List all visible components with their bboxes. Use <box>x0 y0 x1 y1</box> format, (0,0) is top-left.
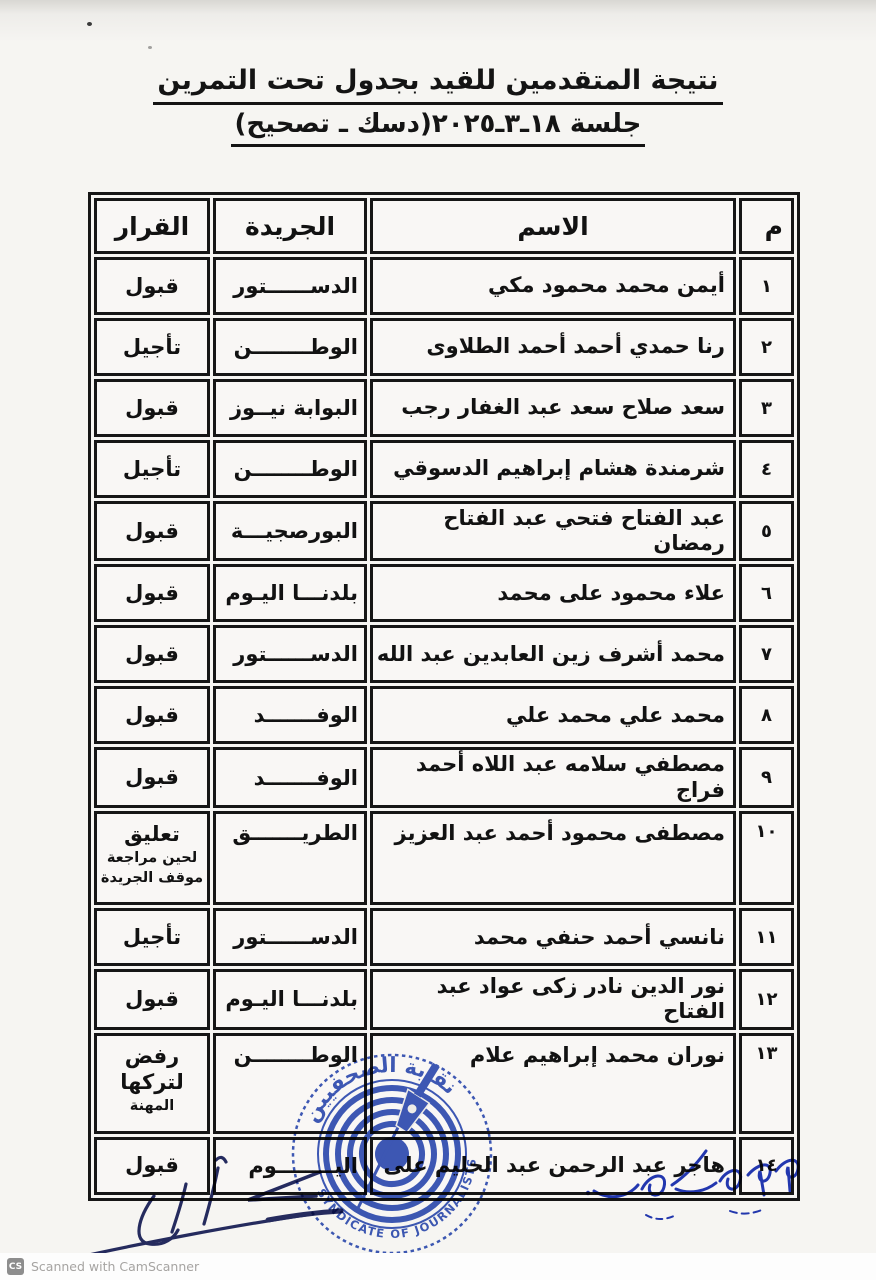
cell-index: ١١ <box>739 908 794 966</box>
cell-name: نانسي أحمد حنفي محمد <box>370 908 736 966</box>
cell-name: محمد أشرف زين العابدين عبد الله <box>370 625 736 683</box>
header-name: الاسم <box>370 198 736 254</box>
cell-newspaper: الدســــــتور <box>213 257 367 315</box>
camscanner-icon: CS <box>7 1258 24 1275</box>
cell-name: محمد علي محمد علي <box>370 686 736 744</box>
table-row: ١٣ نوران محمد إبراهيم علام الوطــــــــن… <box>94 1033 794 1134</box>
table-row: ١٤ هاجر عبد الرحمن عبد الحليم على اليـــ… <box>94 1137 794 1195</box>
title-line-2: جلسة ١٨ـ٣ـ٢٠٢٥(دسك ـ تصحيح) <box>231 108 646 148</box>
table-row: ١٠ مصطفى محمود أحمد عبد العزيز الطريــــ… <box>94 811 794 905</box>
decision-main: تأجيل <box>123 457 181 481</box>
table-row: ١١ نانسي أحمد حنفي محمد الدســــــتور تأ… <box>94 908 794 966</box>
decision-main: قبول <box>125 642 179 666</box>
header-index: م <box>739 198 794 254</box>
decision-main: قبول <box>125 703 179 727</box>
table-row: ٦ علاء محمود على محمد بلدنـــا اليـوم قب… <box>94 564 794 622</box>
cell-decision: رفض لتركهاالمهنة <box>94 1033 210 1134</box>
cell-name: نوران محمد إبراهيم علام <box>370 1033 736 1134</box>
cell-decision: قبول <box>94 686 210 744</box>
cell-name: مصطفى محمود أحمد عبد العزيز <box>370 811 736 905</box>
decision-main: قبول <box>125 581 179 605</box>
decision-main: رفض لتركها <box>120 1044 183 1094</box>
cell-index: ١٢ <box>739 969 794 1029</box>
decision-main: قبول <box>125 987 179 1011</box>
table-row: ٩ مصطفي سلامه عبد اللاه أحمد فراج الوفــ… <box>94 747 794 807</box>
cell-index: ٥ <box>739 501 794 561</box>
decision-main: قبول <box>125 1153 179 1177</box>
scanned-document-page: { "title": { "line1": "نتيجة المتقدمين ل… <box>0 0 876 1280</box>
cell-decision: تأجيل <box>94 908 210 966</box>
cell-index: ٢ <box>739 318 794 376</box>
cell-name: أيمن محمد محمود مكي <box>370 257 736 315</box>
ink-speck <box>148 46 152 49</box>
cell-newspaper: اليــــــــوم <box>213 1137 367 1195</box>
cell-name: علاء محمود على محمد <box>370 564 736 622</box>
cell-decision: قبول <box>94 747 210 807</box>
cell-newspaper: بلدنـــا اليـوم <box>213 969 367 1029</box>
cell-index: ٧ <box>739 625 794 683</box>
cell-index: ١٤ <box>739 1137 794 1195</box>
cell-decision: قبول <box>94 1137 210 1195</box>
results-table: م الاسم الجريدة القرار ١ أيمن محمد محمود… <box>88 192 800 1201</box>
cell-index: ١٣ <box>739 1033 794 1134</box>
decision-main: قبول <box>125 519 179 543</box>
table-row: ٨ محمد علي محمد علي الوفـــــــد قبول <box>94 686 794 744</box>
cell-name: مصطفي سلامه عبد اللاه أحمد فراج <box>370 747 736 807</box>
decision-main: تعليق <box>124 822 180 846</box>
table-row: ٥ عبد الفتاح فتحي عبد الفتاح رمضان البور… <box>94 501 794 561</box>
ink-speck <box>87 22 92 26</box>
cell-name: نور الدين نادر زكى عواد عبد الفتاح <box>370 969 736 1029</box>
cell-decision: تأجيل <box>94 318 210 376</box>
cell-index: ٦ <box>739 564 794 622</box>
cell-name: هاجر عبد الرحمن عبد الحليم على <box>370 1137 736 1195</box>
cell-newspaper: الوطــــــــن <box>213 1033 367 1134</box>
cell-newspaper: الوفـــــــد <box>213 747 367 807</box>
cell-newspaper: الطريـــــــق <box>213 811 367 905</box>
cell-decision: قبول <box>94 257 210 315</box>
decision-main: قبول <box>125 274 179 298</box>
cell-newspaper: البوابة نيــوز <box>213 379 367 437</box>
cell-name: رنا حمدي أحمد أحمد الطلاوى <box>370 318 736 376</box>
header-decision: القرار <box>94 198 210 254</box>
cell-name: عبد الفتاح فتحي عبد الفتاح رمضان <box>370 501 736 561</box>
cell-decision: قبول <box>94 969 210 1029</box>
table-row: ١٢ نور الدين نادر زكى عواد عبد الفتاح بل… <box>94 969 794 1029</box>
table-row: ١ أيمن محمد محمود مكي الدســــــتور قبول <box>94 257 794 315</box>
cell-newspaper: الوفـــــــد <box>213 686 367 744</box>
scan-shading <box>0 0 876 60</box>
cell-newspaper: البورصجيـــة <box>213 501 367 561</box>
cell-decision: قبول <box>94 564 210 622</box>
cell-decision: قبول <box>94 379 210 437</box>
cell-index: ٤ <box>739 440 794 498</box>
cell-decision: قبول <box>94 625 210 683</box>
cell-newspaper: الدســــــتور <box>213 908 367 966</box>
cell-index: ١٠ <box>739 811 794 905</box>
table-row: ٣ سعد صلاح سعد عبد الغفار رجب البوابة ني… <box>94 379 794 437</box>
cell-index: ٩ <box>739 747 794 807</box>
cell-decision: تعليقلحين مراجعة موقف الجريدة <box>94 811 210 905</box>
cell-name: سعد صلاح سعد عبد الغفار رجب <box>370 379 736 437</box>
cell-newspaper: بلدنـــا اليـوم <box>213 564 367 622</box>
cell-decision: قبول <box>94 501 210 561</box>
header-newspaper: الجريدة <box>213 198 367 254</box>
camscanner-text: Scanned with CamScanner <box>31 1259 199 1274</box>
table-header-row: م الاسم الجريدة القرار <box>94 198 794 254</box>
title-line-1: نتيجة المتقدمين للقيد بجدول تحت التمرين <box>153 64 722 105</box>
table-row: ٧ محمد أشرف زين العابدين عبد الله الدســ… <box>94 625 794 683</box>
table-row: ٢ رنا حمدي أحمد أحمد الطلاوى الوطـــــــ… <box>94 318 794 376</box>
cell-name: شرمندة هشام إبراهيم الدسوقي <box>370 440 736 498</box>
document-title: نتيجة المتقدمين للقيد بجدول تحت التمرين … <box>0 64 876 147</box>
decision-note: المهنة <box>100 1097 204 1117</box>
decision-main: تأجيل <box>123 335 181 359</box>
decision-main: قبول <box>125 765 179 789</box>
table-row: ٤ شرمندة هشام إبراهيم الدسوقي الوطــــــ… <box>94 440 794 498</box>
cell-index: ٣ <box>739 379 794 437</box>
cell-index: ٨ <box>739 686 794 744</box>
cell-newspaper: الوطــــــــن <box>213 318 367 376</box>
cell-newspaper: الوطــــــــن <box>213 440 367 498</box>
cell-index: ١ <box>739 257 794 315</box>
camscanner-footer: CS Scanned with CamScanner <box>0 1253 876 1280</box>
cell-newspaper: الدســــــتور <box>213 625 367 683</box>
decision-note: لحين مراجعة موقف الجريدة <box>100 849 204 888</box>
decision-main: تأجيل <box>123 925 181 949</box>
cell-decision: تأجيل <box>94 440 210 498</box>
decision-main: قبول <box>125 396 179 420</box>
